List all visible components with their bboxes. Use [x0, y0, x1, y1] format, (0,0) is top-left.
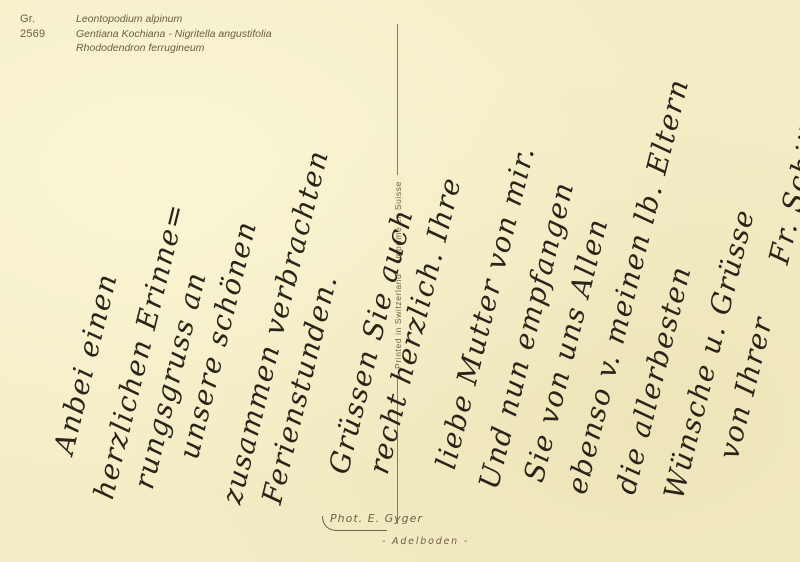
- photographer-place: - Adelboden -: [382, 536, 469, 547]
- signature: Fr. Schiibli: [765, 93, 800, 267]
- species-line-3: Rhododendron ferrugineum: [76, 41, 204, 56]
- postcard-back: Gr. 2569 Leontopodium alpinum Gentiana K…: [0, 0, 800, 562]
- species-line-1: Leontopodium alpinum: [76, 12, 182, 27]
- photographer-name: Phot. E. Gyger: [330, 512, 423, 525]
- species-line-2: Gentiana Kochiana - Nigritella angustifo…: [76, 27, 272, 42]
- card-number: Gr. 2569: [20, 12, 45, 41]
